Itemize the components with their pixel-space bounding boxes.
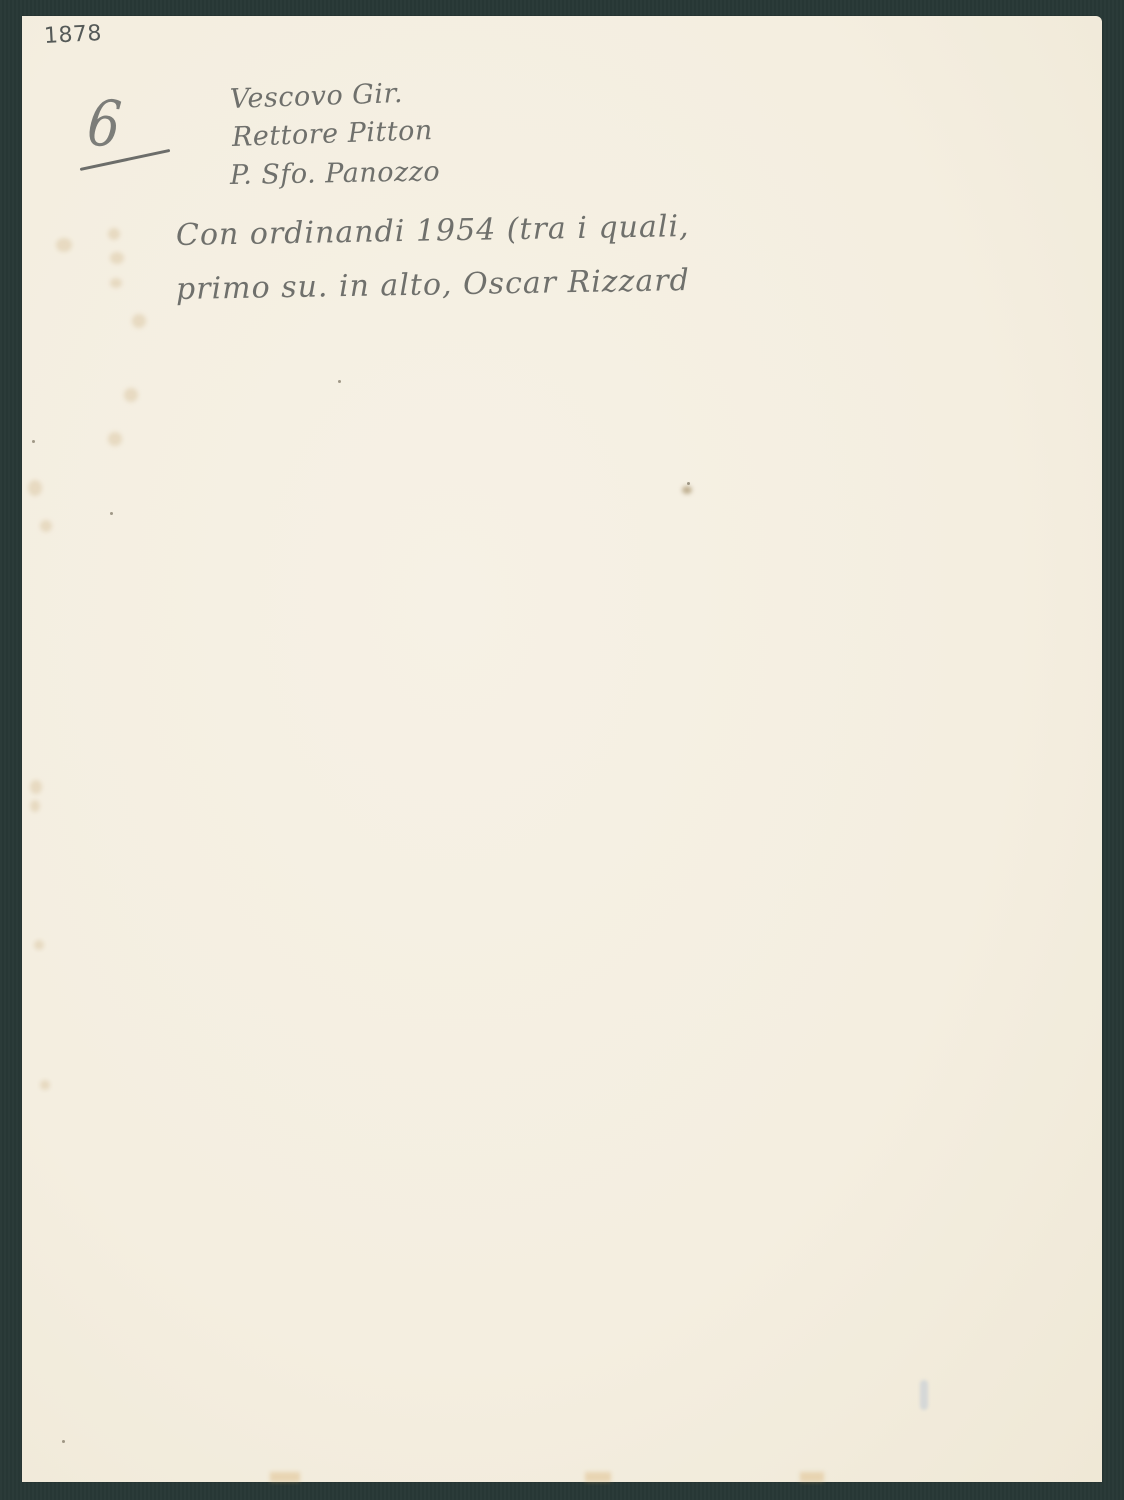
paper-speck [32,440,35,443]
paper-speck [62,1440,65,1443]
foxing-spot [108,432,122,446]
edge-stain [800,1472,824,1482]
foxing-spot [30,780,42,794]
foxing-spot [110,278,122,288]
faint-stamp-mark [920,1380,928,1410]
foxing-spot [56,238,72,252]
foxing-spot [108,228,120,240]
foxing-spot [30,800,40,812]
annotation-line-spiritual-father: P. Sfo. Panozzo [230,156,441,191]
paper-speck [110,512,113,515]
foxing-spot [110,252,124,264]
foxing-spot [40,1080,50,1090]
edge-stain [270,1472,300,1482]
foxing-spot [40,520,52,532]
foxing-spot [132,314,146,328]
paper-speck [338,380,341,383]
foxing-spot [28,480,42,496]
catalog-number: 1878 [43,21,102,49]
foxing-spot [682,486,692,494]
foxing-spot [34,940,44,950]
paper-speck [687,482,690,485]
foxing-spot [124,388,138,402]
annotation-line-bishop: Vescovo Gir. [229,78,403,115]
edge-stain [585,1472,611,1482]
